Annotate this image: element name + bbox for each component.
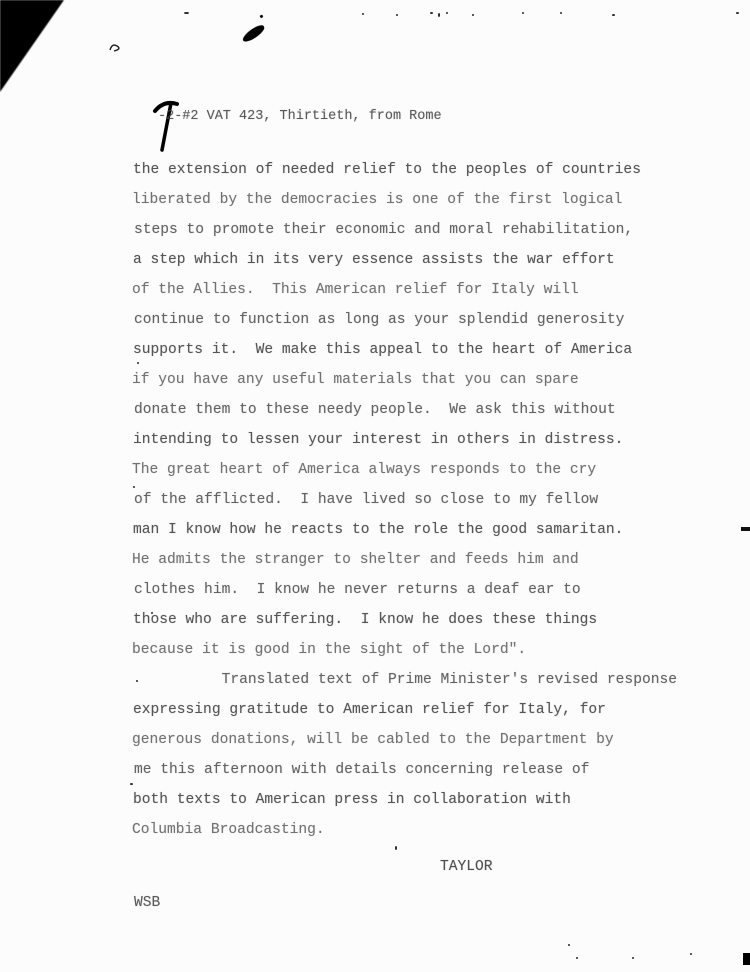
scan-speck xyxy=(690,953,692,955)
operator-initials: WSB xyxy=(134,893,160,913)
body-line: liberated by the democracies is one of t… xyxy=(132,185,675,215)
scan-speck xyxy=(736,12,739,14)
scan-speck xyxy=(395,846,397,850)
handwritten-squiggle-mark xyxy=(108,40,122,54)
signature-name: TAYLOR xyxy=(440,857,493,877)
body-line: me this afternoon with details concernin… xyxy=(134,755,677,785)
body-line: of the Allies. This American relief for … xyxy=(132,275,675,305)
body-line: continue to function as long as your spl… xyxy=(134,305,677,335)
body-line: intending to lessen your interest in oth… xyxy=(133,425,676,455)
scan-speck xyxy=(568,944,570,946)
body-line: if you have any useful materials that yo… xyxy=(132,365,675,395)
ink-blot-mark xyxy=(241,23,267,44)
scan-corner-mark xyxy=(743,953,750,965)
body-line: He admits the stranger to shelter and fe… xyxy=(132,545,675,575)
scan-speck xyxy=(184,12,189,14)
scan-speck xyxy=(632,957,634,959)
body-line: expressing gratitude to American relief … xyxy=(133,695,676,725)
scan-speck xyxy=(396,14,398,16)
scan-speck xyxy=(438,13,440,17)
scan-corner-fold-mark xyxy=(0,0,64,92)
body-line: a step which in its very essence assists… xyxy=(133,245,676,275)
scan-speck xyxy=(560,12,562,14)
body-line: supports it. We make this appeal to the … xyxy=(133,335,676,365)
body-line: both texts to American press in collabor… xyxy=(133,785,676,815)
scanned-telegram-page: -2-#2 VAT 423, Thirtieth, from Rome the … xyxy=(0,0,750,972)
scan-speck xyxy=(576,957,578,959)
scan-speck xyxy=(472,14,474,16)
page-header-telegram-reference: -2-#2 VAT 423, Thirtieth, from Rome xyxy=(158,109,442,124)
body-line: Columbia Broadcasting. xyxy=(132,815,675,845)
scan-speck xyxy=(522,12,524,14)
body-line: the extension of needed relief to the pe… xyxy=(133,155,676,185)
scan-speck xyxy=(430,12,433,14)
body-line: generous donations, will be cabled to th… xyxy=(132,725,675,755)
body-line: because it is good in the sight of the L… xyxy=(132,635,675,665)
body-line: donate them to these needy people. We as… xyxy=(134,395,677,425)
scan-speck xyxy=(446,12,448,14)
handwritten-pen-stroke xyxy=(150,96,186,156)
body-line: Translated text of Prime Minister's revi… xyxy=(134,665,677,695)
body-line: man I know how he reacts to the role the… xyxy=(133,515,676,545)
body-line: of the afflicted. I have lived so close … xyxy=(134,485,677,515)
scan-speck xyxy=(612,14,615,16)
scan-edge-mark xyxy=(741,527,750,531)
body-line: steps to promote their economic and mora… xyxy=(134,215,677,245)
telegram-body: the extension of needed relief to the pe… xyxy=(133,155,676,845)
body-line: The great heart of America always respon… xyxy=(132,455,675,485)
body-line: clothes him. I know he never returns a d… xyxy=(134,575,677,605)
scan-speck xyxy=(362,13,364,15)
body-line: those who are suffering. I know he does … xyxy=(133,605,676,635)
